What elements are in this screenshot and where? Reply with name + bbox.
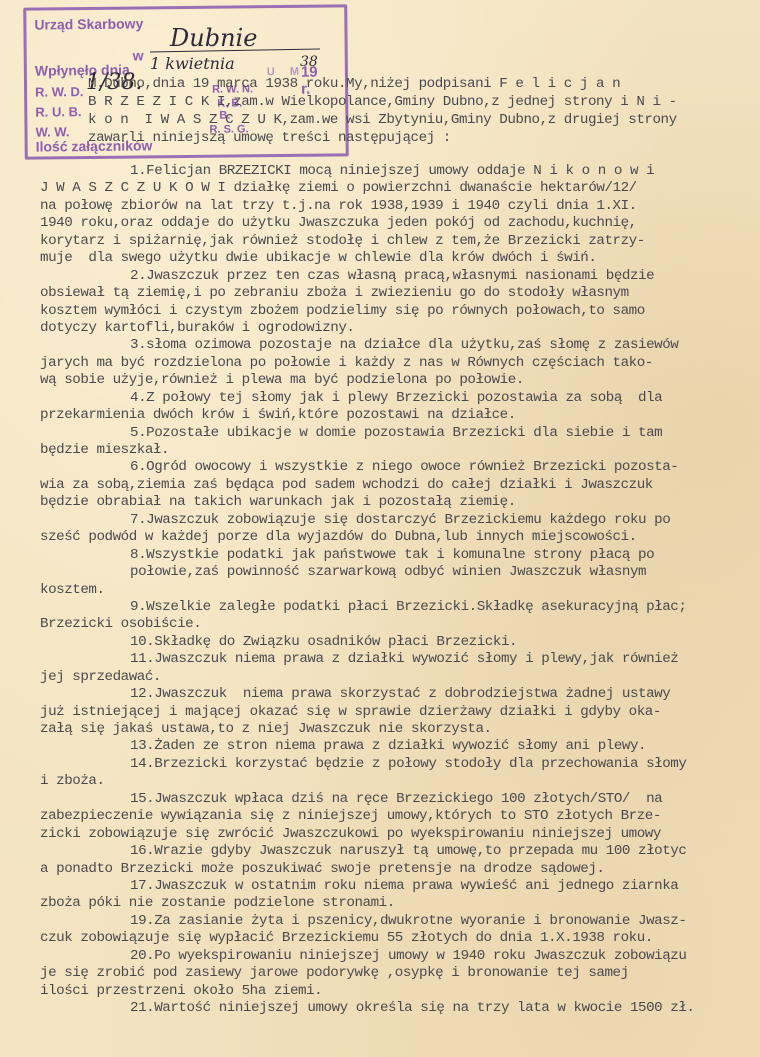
document-line: 7.Jwaszczuk zobowiązuje się dostarczyć B… — [130, 512, 670, 529]
stamp-ww: W. W. — [35, 124, 69, 139]
document-line: i zboża. — [40, 773, 105, 790]
stamp-rub: R. U. B. — [35, 104, 81, 119]
document-line: wia za sobą,ziemia zaś będąca pod sadem … — [40, 477, 653, 494]
document-line: obsiewał tą ziemię,i po zebraniu zboża i… — [40, 285, 629, 302]
document-line: 16.Wrazie gdyby Jwaszczuk naruszył tą um… — [130, 843, 686, 860]
stamp-w-label: w — [133, 47, 144, 63]
document-line: kosztem wymłóci i czystym zbożem podziel… — [40, 303, 645, 320]
document-line: 10.Składkę do Związku osadników płaci Br… — [130, 634, 517, 651]
document-line: zicki zobowiązuje się zwrócić Jwaszczuko… — [40, 826, 661, 843]
document-line: 11.Jwaszczuk niema prawa z działki wywoz… — [130, 651, 678, 668]
document-line: 4.Z połowy tej słomy jak i plewy Brzezic… — [130, 390, 662, 407]
document-line: na połowę zbiorów na lat trzy t.j.na rok… — [40, 198, 637, 215]
stamp-office-label: Urząd Skarbowy — [34, 15, 143, 32]
document-line: Brzezicki osobiście. — [40, 616, 201, 633]
document-line: jej sprzedawać. — [40, 669, 161, 686]
document-line: załą się jakaś ustawa,to z niej Jwaszczu… — [40, 721, 492, 738]
document-line: połowie,zaś powinność szarwarkową odbyć … — [130, 564, 646, 581]
document-line: sześć podwód w każdej porze dla wyjazdów… — [40, 529, 637, 546]
document-line: dotyczy kartofli,buraków i ogrodowizny. — [40, 320, 355, 337]
document-line: zabezpieczenie wywiązania się z niniejsz… — [40, 808, 661, 825]
document-line: zboża póki nie zostanie podzielone stron… — [40, 895, 395, 912]
document-line: wą sobie użyje,również i plewa ma być po… — [40, 372, 524, 389]
stamp-rwd: R. W. D. — [35, 84, 84, 100]
document-line: 15.Jwaszczuk wpłaca dziś na ręce Brzezic… — [130, 791, 662, 808]
document-line: kosztem. — [40, 582, 105, 599]
document-line: 9.Wszelkie zaległe podatki płaci Brzezic… — [130, 599, 686, 616]
document-line: a ponadto Brzezicki może poszukiwać swoj… — [40, 861, 604, 878]
document-line: B R Z E Z I C K I,zam.w Wielkopolance,Gm… — [88, 94, 677, 111]
handwritten-date: 1 kwietnia — [150, 54, 235, 73]
document-line: J W A S Z C Z U K O W I działkę ziemi o … — [40, 180, 637, 197]
scanned-document-page: Urząd Skarbowy w Wpłynęło dnia R. W. D. … — [0, 0, 760, 1057]
document-line: je się zrobić pod zasiewy jarowe podoryw… — [40, 965, 629, 982]
handwritten-year: 38 — [300, 54, 318, 70]
document-line: 17.Jwaszczuk w ostatnim roku niema prawa… — [130, 878, 678, 895]
document-line: będzie mieszkał. — [40, 442, 169, 459]
document-line: k o n I W A S Z C Z U K,zam.we wsi Zbyty… — [88, 112, 677, 129]
document-line: 2.Jwaszczuk przez ten czas własną pracą,… — [130, 268, 654, 285]
document-line: 1.Felicjan BRZEZICKI mocą niniejszej umo… — [130, 163, 654, 180]
document-line: jarych ma być rozdzielona po połowie i k… — [40, 355, 653, 372]
document-line: 19.Za zasianie żyta i pszenicy,dwukrotne… — [130, 913, 686, 930]
document-line: 3.słoma ozimowa pozostaje na działce dla… — [130, 337, 678, 354]
document-line: będzie obrabiał na takich warunkach jak … — [40, 494, 516, 511]
document-line: 12.Jwaszczuk niema prawa skorzystać z do… — [130, 686, 670, 703]
document-line: czuk zobowiązuje się wypłacić Brzezickie… — [40, 930, 653, 947]
document-line: muje dla swego użytku dwie ubikacje w ch… — [40, 250, 596, 267]
document-line: 5.Pozostałe ubikacje w domie pozostawia … — [130, 425, 662, 442]
document-line: 14.Brzezicki korzystać będzie z połowy s… — [130, 756, 686, 773]
document-line: 1940 roku,oraz oddaje do użytku Jwaszczu… — [40, 215, 637, 232]
handwritten-place: Dubnie — [170, 24, 257, 52]
document-line: przekarmienia dwóch krów i świń,które po… — [40, 407, 516, 424]
document-line: M.Dubno,dnia 19 marca 1938 roku.My,niżej… — [88, 76, 620, 93]
document-line: 6.Ogród owocowy i wszystkie z niego owoc… — [130, 459, 678, 476]
document-line: 8.Wszystkie podatki jak państwowe tak i … — [130, 547, 654, 564]
document-line: zawarli niniejszą umowę treści następują… — [88, 130, 451, 147]
document-line: 21.Wartość niniejszej umowy określa się … — [130, 1000, 694, 1017]
document-line: korytarz i spiżarnię,jak również stodołę… — [40, 233, 645, 250]
document-line: już istniejącej i mającej okazać się w s… — [40, 704, 661, 721]
document-line: 13.Żaden ze stron niema prawa z działki … — [130, 738, 646, 755]
document-line: ilości przestrzeni około 5ha ziemi. — [40, 983, 322, 1000]
document-line: 20.Po wyekspirowaniu niniejszej umowy w … — [130, 948, 686, 965]
